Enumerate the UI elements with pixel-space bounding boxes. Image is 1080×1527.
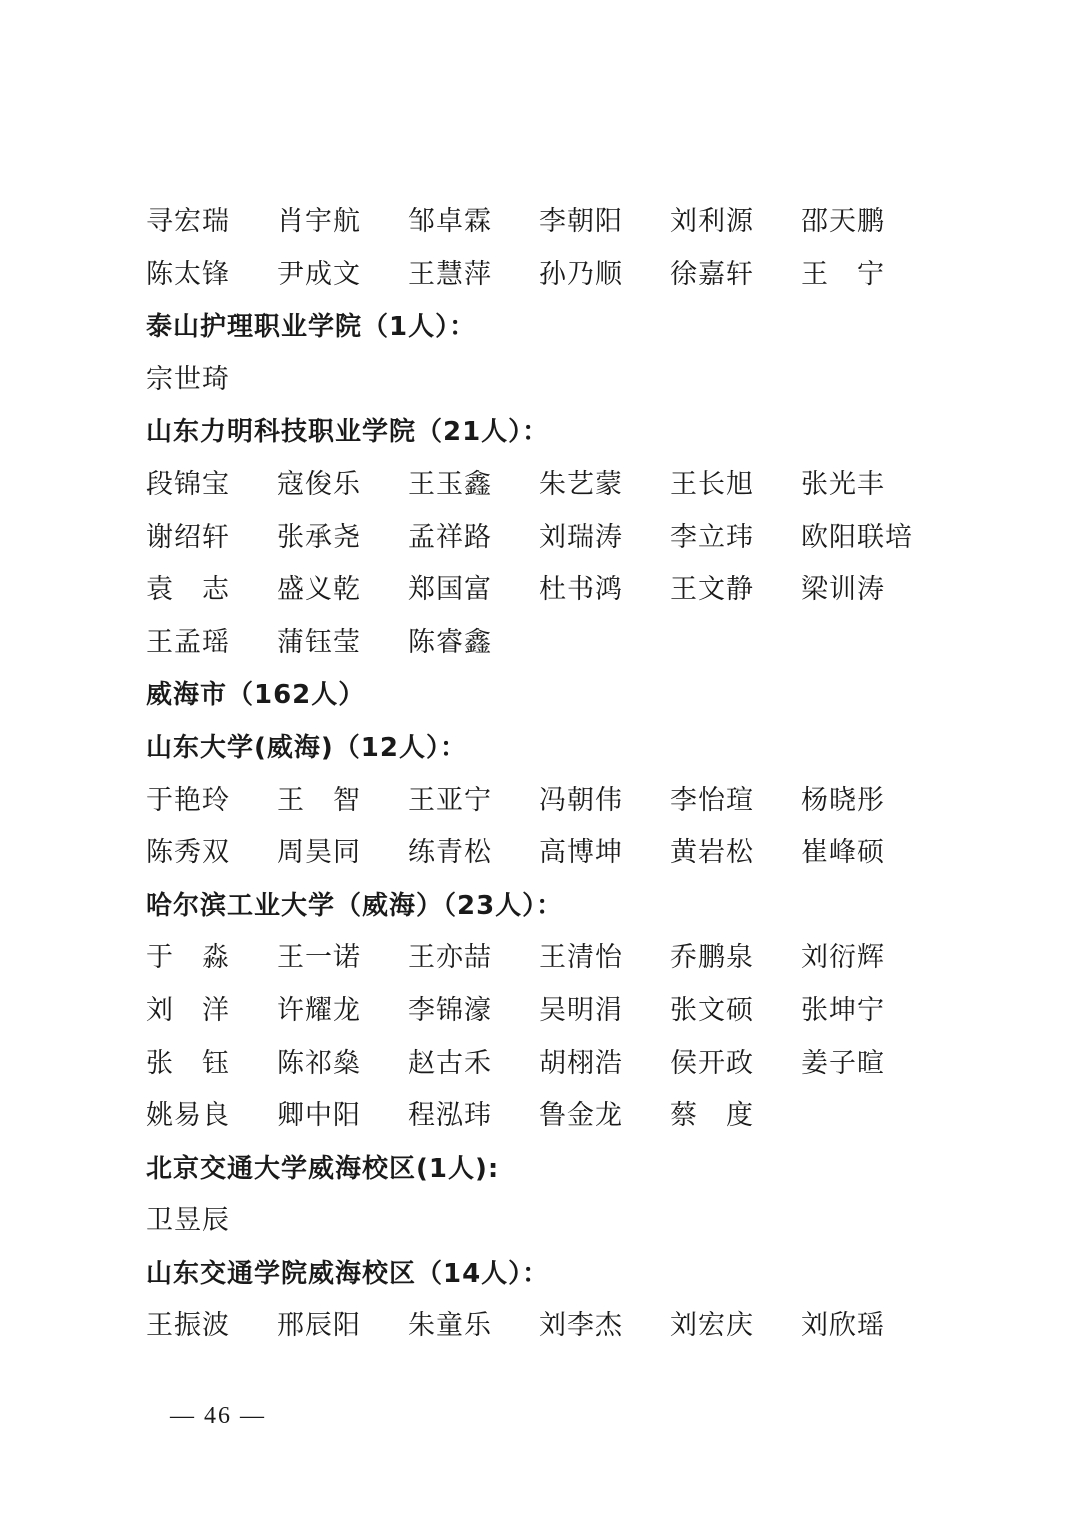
name-row: 于 淼王一诺王亦喆王清怡乔鹏泉刘衍辉 — [146, 932, 946, 985]
person-name: 许耀龙 — [277, 985, 408, 1038]
name-row: 王孟瑶蒲钰莹陈睿鑫 — [146, 617, 946, 670]
person-name: 卿中阳 — [277, 1090, 408, 1143]
section-heading: 泰山护理职业学院（1人）： — [146, 301, 946, 354]
person-name: 陈秀双 — [146, 827, 277, 880]
person-name: 孟祥路 — [408, 512, 539, 565]
person-name: 寻宏瑞 — [146, 196, 277, 249]
person-name: 李怡瑄 — [670, 775, 801, 828]
person-name: 刘 洋 — [146, 985, 277, 1038]
person-name: 王孟瑶 — [146, 617, 277, 670]
person-name: 刘李杰 — [539, 1300, 670, 1353]
person-name: 宗世琦 — [146, 354, 277, 407]
person-name: 朱童乐 — [408, 1300, 539, 1353]
name-row: 刘 洋许耀龙李锦濠吴明涓张文硕张坤宁 — [146, 985, 946, 1038]
person-name: 邢辰阳 — [277, 1300, 408, 1353]
person-name: 李锦濠 — [408, 985, 539, 1038]
name-row: 张 钰陈祁燊赵古禾胡栩浩侯开政姜子暄 — [146, 1038, 946, 1091]
person-name: 刘衍辉 — [801, 932, 932, 985]
person-name: 郑国富 — [408, 564, 539, 617]
section-heading: 威海市（162人） — [146, 669, 946, 722]
page-number: — 46 — — [170, 1403, 266, 1430]
person-name: 黄岩松 — [670, 827, 801, 880]
person-name: 蒲钰莹 — [277, 617, 408, 670]
person-name: 李朝阳 — [539, 196, 670, 249]
name-row: 卫昱辰 — [146, 1195, 946, 1248]
person-name: 崔峰硕 — [801, 827, 932, 880]
person-name: 谢绍轩 — [146, 512, 277, 565]
person-name: 王 宁 — [801, 249, 932, 302]
person-name: 尹成文 — [277, 249, 408, 302]
person-name: 寇俊乐 — [277, 459, 408, 512]
name-row: 王振波邢辰阳朱童乐刘李杰刘宏庆刘欣瑶 — [146, 1300, 946, 1353]
person-name: 邵天鹏 — [801, 196, 932, 249]
name-row: 陈太锋尹成文王慧萍孙乃顺徐嘉轩王 宁 — [146, 249, 946, 302]
person-name: 张承尧 — [277, 512, 408, 565]
person-name: 王慧萍 — [408, 249, 539, 302]
person-name: 张文硕 — [670, 985, 801, 1038]
person-name: 王清怡 — [539, 932, 670, 985]
section-heading: 山东交通学院威海校区（14人）： — [146, 1248, 946, 1301]
person-name: 袁 志 — [146, 564, 277, 617]
person-name: 朱艺蒙 — [539, 459, 670, 512]
person-name: 乔鹏泉 — [670, 932, 801, 985]
person-name: 刘利源 — [670, 196, 801, 249]
person-name: 段锦宝 — [146, 459, 277, 512]
name-row: 袁 志盛义乾郑国富杜书鸿王文静梁训涛 — [146, 564, 946, 617]
person-name: 于 淼 — [146, 932, 277, 985]
person-name: 周昊同 — [277, 827, 408, 880]
person-name: 邹卓霖 — [408, 196, 539, 249]
document-page: 寻宏瑞肖宇航邹卓霖李朝阳刘利源邵天鹏陈太锋尹成文王慧萍孙乃顺徐嘉轩王 宁泰山护理… — [146, 196, 946, 1353]
person-name: 杨晓彤 — [801, 775, 932, 828]
name-row: 寻宏瑞肖宇航邹卓霖李朝阳刘利源邵天鹏 — [146, 196, 946, 249]
person-name: 陈祁燊 — [277, 1038, 408, 1091]
person-name: 肖宇航 — [277, 196, 408, 249]
person-name: 欧阳联培 — [801, 512, 932, 565]
person-name: 胡栩浩 — [539, 1038, 670, 1091]
person-name: 梁训涛 — [801, 564, 932, 617]
person-name: 冯朝伟 — [539, 775, 670, 828]
section-heading: 哈尔滨工业大学（威海）（23人）： — [146, 880, 946, 933]
person-name: 王一诺 — [277, 932, 408, 985]
section-heading: 北京交通大学威海校区(1人): — [146, 1143, 946, 1196]
person-name: 姚易良 — [146, 1090, 277, 1143]
person-name: 孙乃顺 — [539, 249, 670, 302]
person-name: 姜子暄 — [801, 1038, 932, 1091]
person-name: 王 智 — [277, 775, 408, 828]
person-name: 王玉鑫 — [408, 459, 539, 512]
person-name: 刘欣瑶 — [801, 1300, 932, 1353]
person-name: 陈太锋 — [146, 249, 277, 302]
person-name: 张光丰 — [801, 459, 932, 512]
person-name: 程泓玮 — [408, 1090, 539, 1143]
person-name: 徐嘉轩 — [670, 249, 801, 302]
person-name: 刘宏庆 — [670, 1300, 801, 1353]
section-heading: 山东大学(威海)（12人）： — [146, 722, 946, 775]
person-name: 吴明涓 — [539, 985, 670, 1038]
name-row: 段锦宝寇俊乐王玉鑫朱艺蒙王长旭张光丰 — [146, 459, 946, 512]
person-name: 赵古禾 — [408, 1038, 539, 1091]
name-row: 姚易良卿中阳程泓玮鲁金龙蔡 度 — [146, 1090, 946, 1143]
person-name: 高博坤 — [539, 827, 670, 880]
name-row: 于艳玲王 智王亚宁冯朝伟李怡瑄杨晓彤 — [146, 775, 946, 828]
person-name: 王亦喆 — [408, 932, 539, 985]
name-row: 谢绍轩张承尧孟祥路刘瑞涛李立玮欧阳联培 — [146, 512, 946, 565]
person-name: 鲁金龙 — [539, 1090, 670, 1143]
section-heading: 山东力明科技职业学院（21人）： — [146, 406, 946, 459]
person-name: 侯开政 — [670, 1038, 801, 1091]
name-row: 宗世琦 — [146, 354, 946, 407]
person-name: 刘瑞涛 — [539, 512, 670, 565]
person-name: 王振波 — [146, 1300, 277, 1353]
person-name: 张 钰 — [146, 1038, 277, 1091]
person-name: 杜书鸿 — [539, 564, 670, 617]
person-name: 于艳玲 — [146, 775, 277, 828]
person-name: 练青松 — [408, 827, 539, 880]
person-name: 王文静 — [670, 564, 801, 617]
person-name: 卫昱辰 — [146, 1195, 277, 1248]
person-name: 王亚宁 — [408, 775, 539, 828]
person-name: 陈睿鑫 — [408, 617, 539, 670]
name-row: 陈秀双周昊同练青松高博坤黄岩松崔峰硕 — [146, 827, 946, 880]
person-name: 王长旭 — [670, 459, 801, 512]
person-name: 盛义乾 — [277, 564, 408, 617]
person-name: 李立玮 — [670, 512, 801, 565]
person-name: 蔡 度 — [670, 1090, 801, 1143]
person-name: 张坤宁 — [801, 985, 932, 1038]
